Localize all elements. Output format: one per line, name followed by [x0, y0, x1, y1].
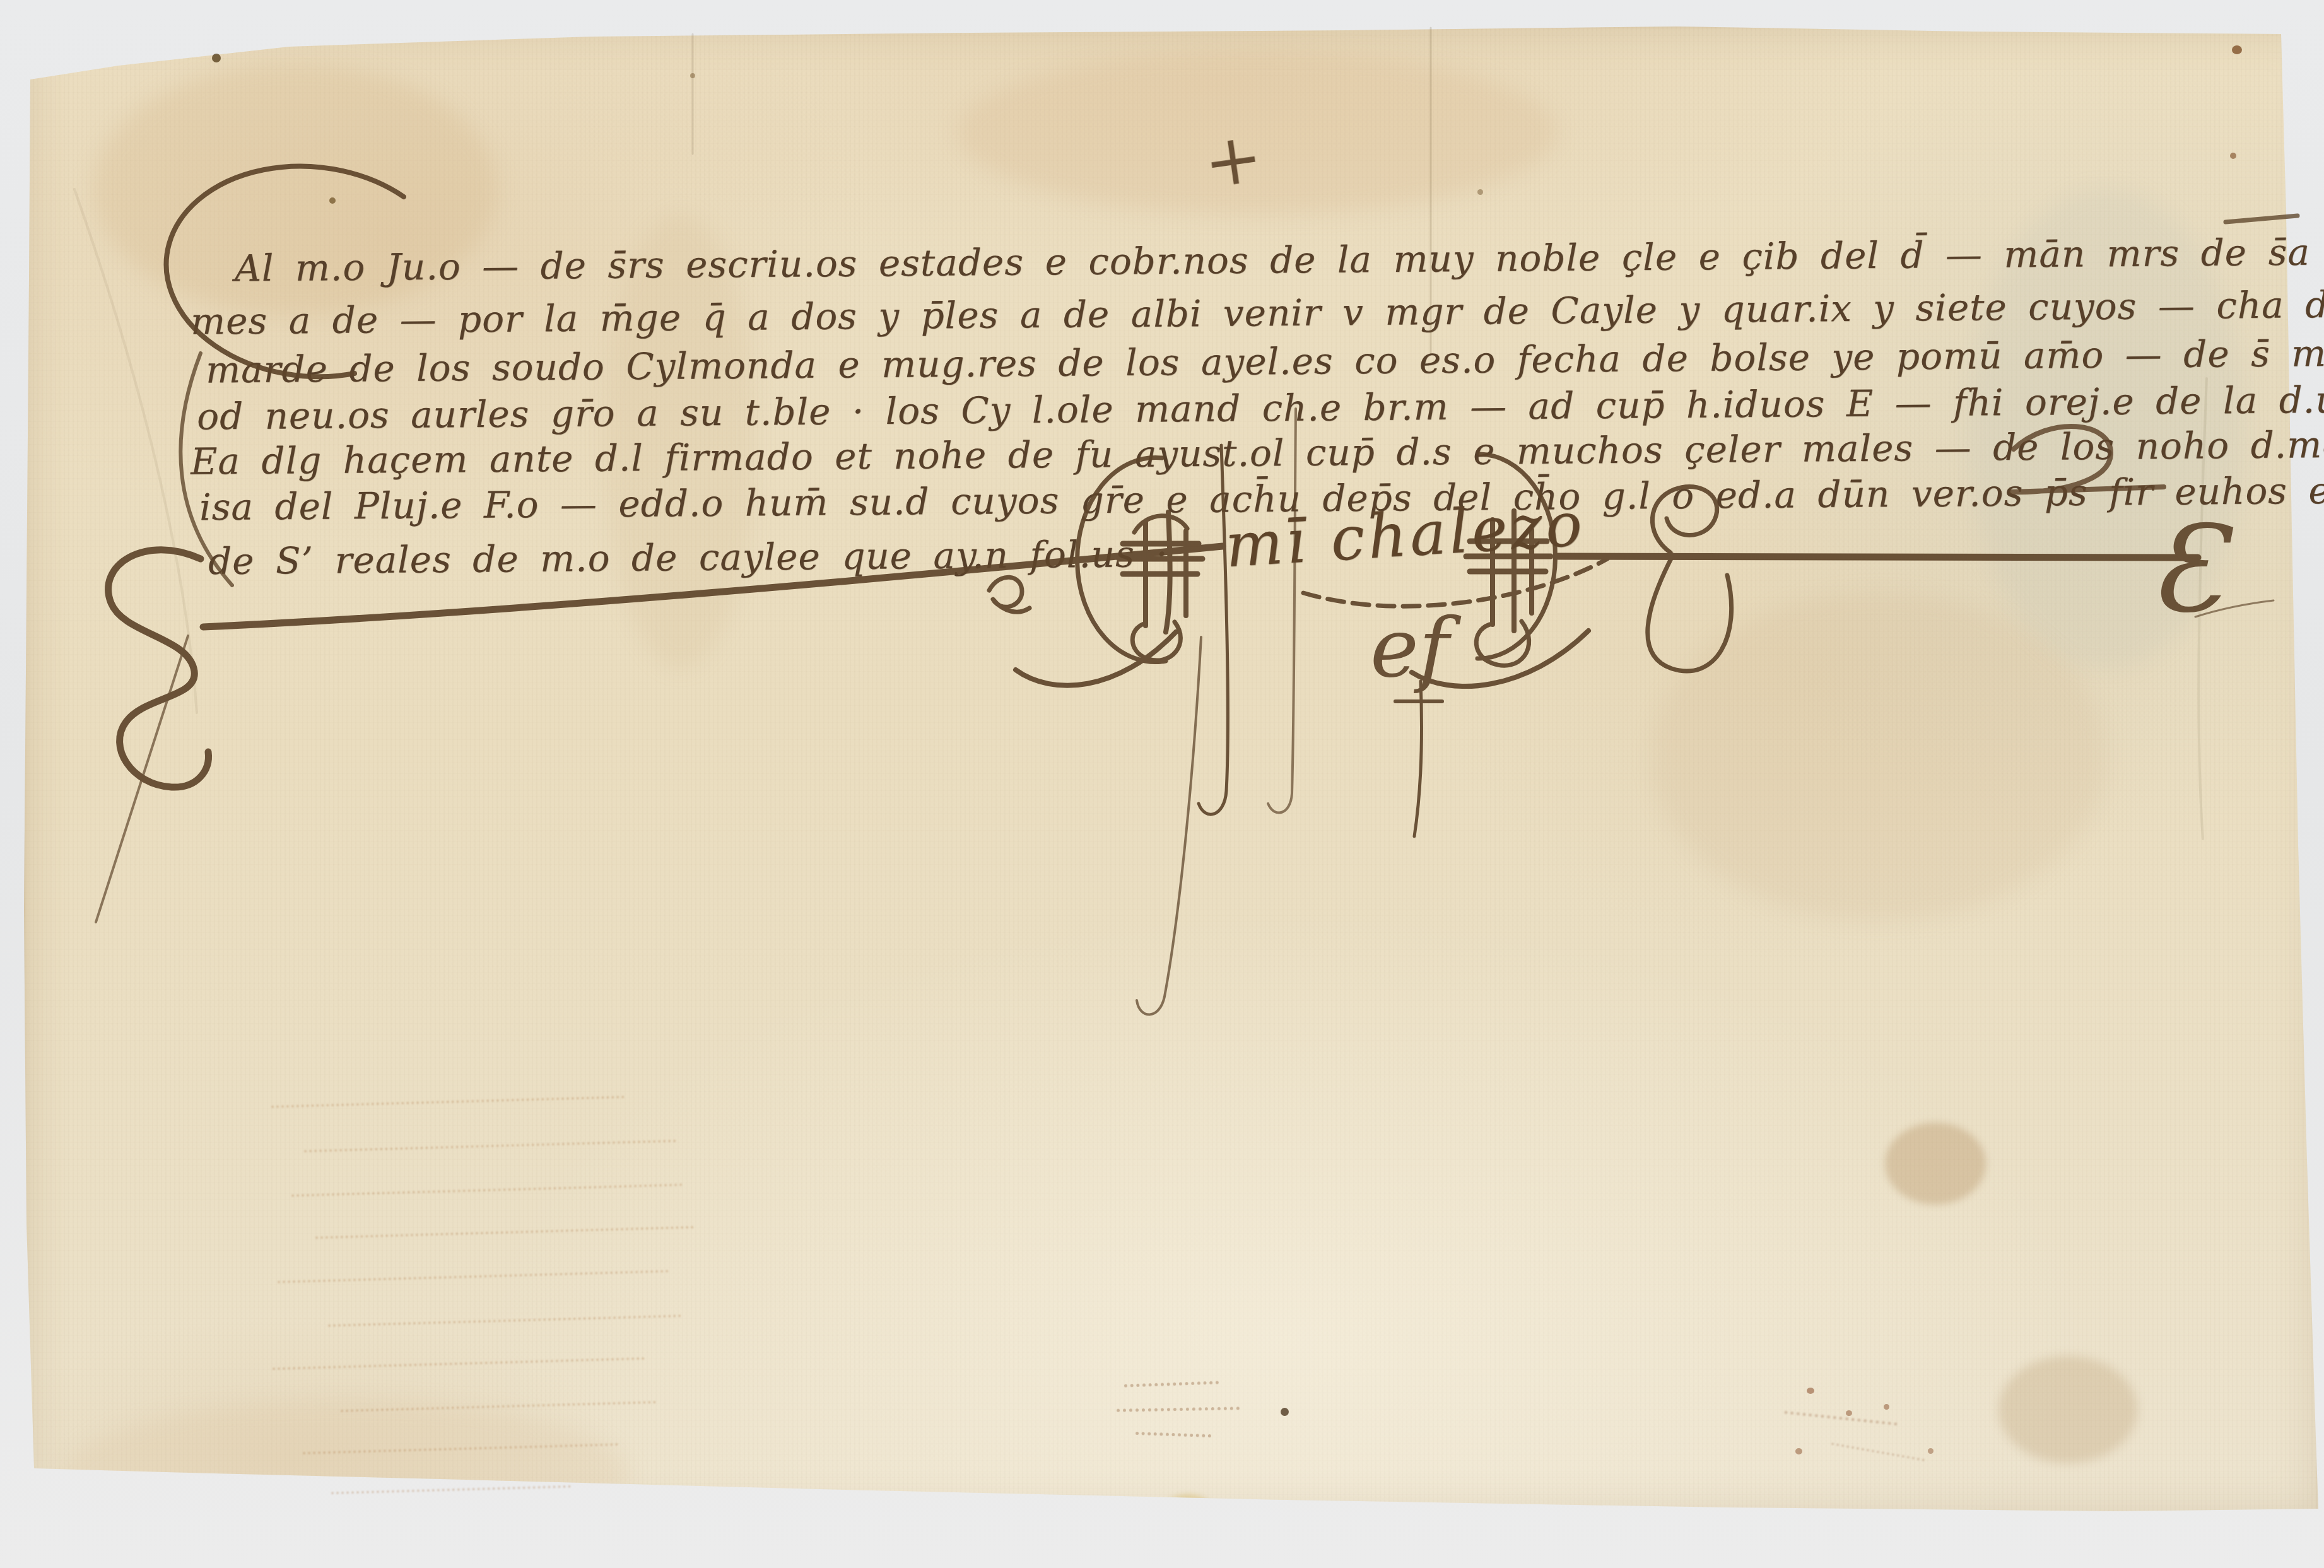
paper-stain — [1885, 1123, 1986, 1205]
manuscript-text-line: de S’ reales de m.o de caylee que ay.n f… — [208, 532, 1168, 583]
paper-stain — [62, 1400, 630, 1552]
paper-stain — [1652, 593, 2106, 921]
paper-stain — [958, 50, 1557, 214]
paper-stain — [1998, 1356, 2137, 1463]
manuscript-scan: Al m.o Ju.o — de s̄rs escriu.os estades … — [0, 0, 2324, 1568]
paper-stain — [1159, 1495, 1216, 1539]
showthrough-row — [331, 1485, 571, 1495]
